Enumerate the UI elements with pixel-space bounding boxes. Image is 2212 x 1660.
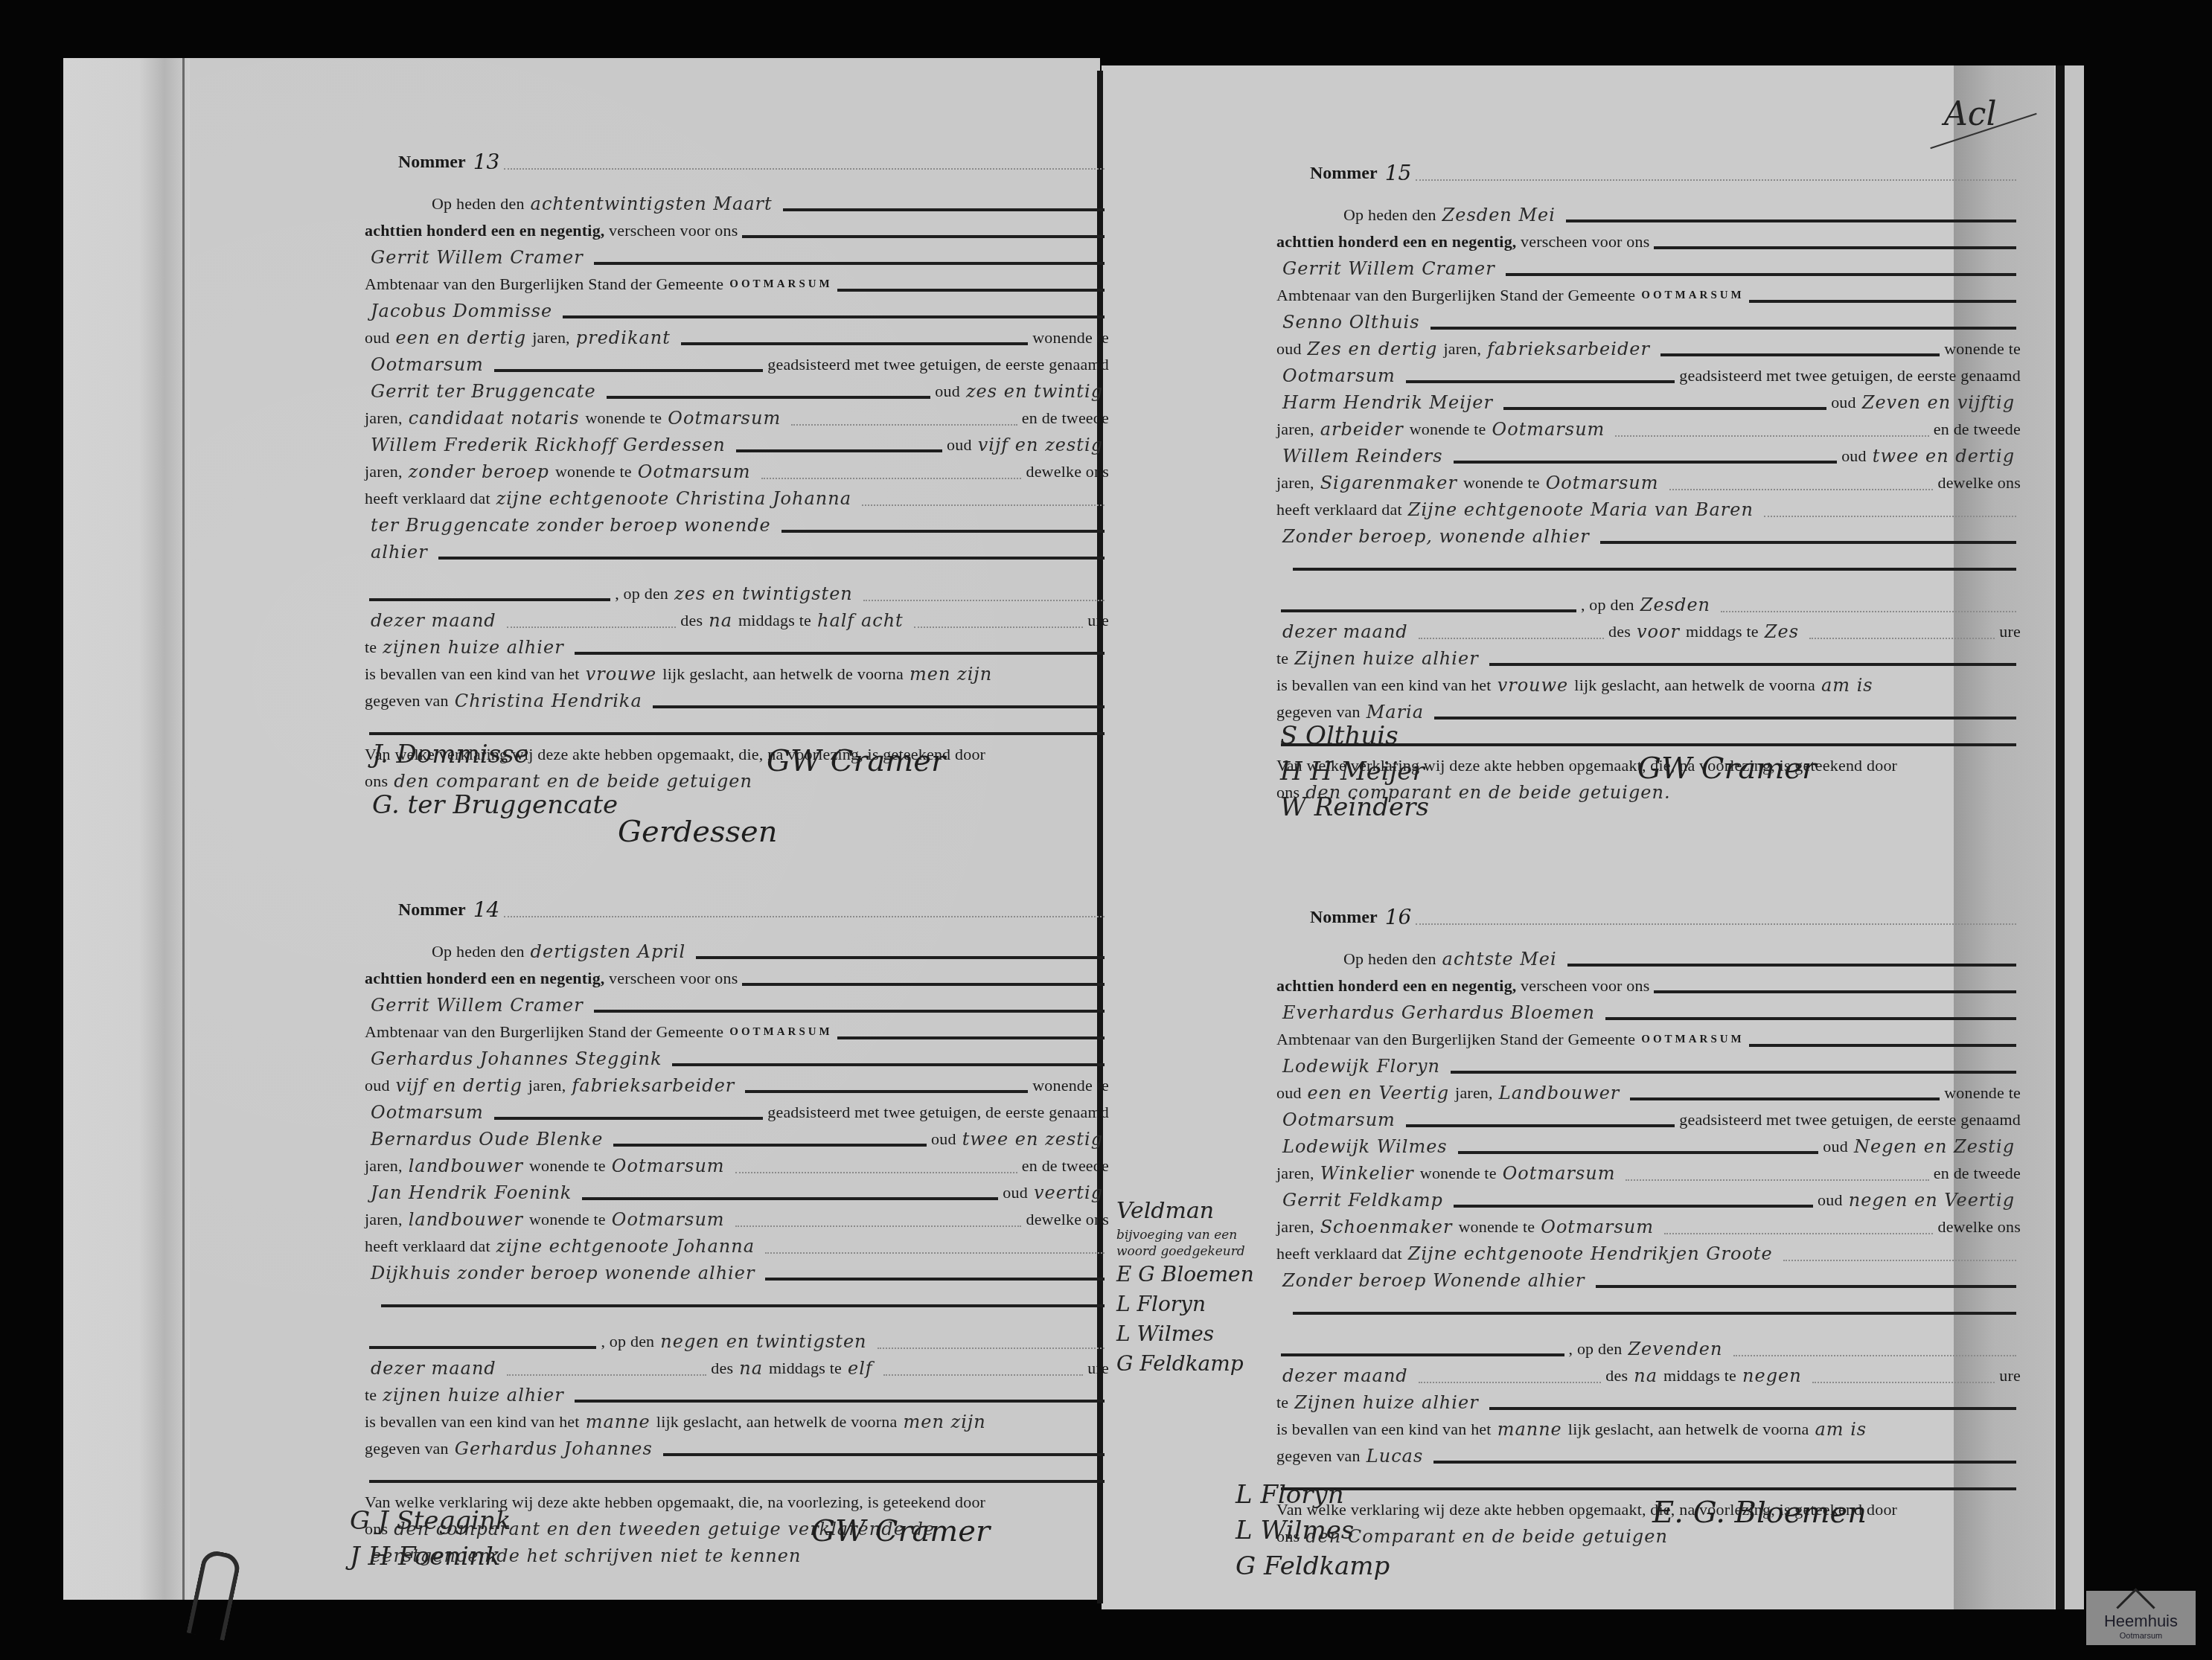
birth-month: dezer maand xyxy=(1282,1362,1408,1389)
witness2-detail-row: jaren, Sigarenmaker wonende te Ootmarsum… xyxy=(1276,470,2021,496)
fill-line xyxy=(765,1252,1105,1254)
nommer-label: Nommer xyxy=(365,149,466,176)
signature: J H Foenink xyxy=(350,1539,511,1574)
fill-line xyxy=(742,235,1105,238)
spouse-row-2: Dijkhuis zonder beroep wonende alhier xyxy=(365,1260,1109,1286)
signatures-15: S Olthuis H H Meijer W Reinders xyxy=(1280,718,1429,825)
fill-line xyxy=(1669,489,1934,490)
fill-line xyxy=(742,983,1105,986)
entry-number: 13 xyxy=(473,149,500,176)
spacer xyxy=(1276,187,2021,202)
witness1-name: Lodewijk Wilmes xyxy=(1282,1133,1448,1160)
declarant-residence-row: Ootmarsum geadsisteerd met twee getuigen… xyxy=(1276,362,2021,389)
record-date: Zesden Mei xyxy=(1442,202,1556,228)
fill-line xyxy=(761,478,1022,479)
spouse-text: Zonder beroep Wonende alhier xyxy=(1282,1267,1585,1294)
signature: G. ter Bruggencate xyxy=(372,787,618,823)
fill-line xyxy=(878,1347,1105,1349)
fill-line xyxy=(1783,1260,2016,1261)
signature: J. Dommisse xyxy=(372,737,618,772)
spouse-text: Zijne echtgenoote Maria van Baren xyxy=(1408,496,1754,523)
witness2-detail-row: jaren, zonder beroep wonende te Ootmarsu… xyxy=(365,458,1109,485)
declarant-row: Senno Olthuis xyxy=(1276,309,2021,336)
birth-place: Zijnen huize alhier xyxy=(1294,1389,1478,1416)
spouse-text: Dijkhuis zonder beroep wonende alhier xyxy=(371,1260,755,1286)
birth-day: Zesden xyxy=(1640,592,1710,618)
entry-number: 14 xyxy=(473,897,500,923)
declarant-occupation: fabrieksarbeider xyxy=(1487,336,1650,362)
signature: Gerdessen xyxy=(618,815,778,849)
fill-line xyxy=(1566,219,2016,222)
fill-line xyxy=(1419,638,1604,639)
fill-line xyxy=(1454,1205,1813,1208)
witness1-age: Negen en Zestig xyxy=(1854,1133,2015,1160)
witness1-detail-row: jaren, landbouwer wonende te Ootmarsum e… xyxy=(365,1153,1109,1179)
declarant-residence: Ootmarsum xyxy=(1282,362,1396,389)
declarant-age-row: oud Zes en dertig jaren, fabrieksarbeide… xyxy=(1276,336,2021,362)
day-part: na xyxy=(739,1355,763,1382)
spouse-row-3 xyxy=(1276,550,2021,577)
fill-line xyxy=(563,315,1105,318)
witness2-row: Willem Reinders oud twee en dertig xyxy=(1276,443,2021,470)
margin-name: Veldman xyxy=(1116,1198,1265,1224)
entry-number: 16 xyxy=(1385,904,1412,931)
fill-line xyxy=(1458,1151,1819,1154)
witness2-name: Gerrit Feldkamp xyxy=(1282,1187,1443,1214)
witness1-residence: Ootmarsum xyxy=(1492,416,1605,443)
fill-line xyxy=(369,598,610,601)
fill-line xyxy=(1489,663,2016,666)
witness1-detail-row: jaren, candidaat notaris wonende te Ootm… xyxy=(365,405,1109,432)
declarant-residence: Ootmarsum xyxy=(371,1099,484,1126)
witness1-row: Lodewijk Wilmes oud Negen en Zestig xyxy=(1276,1133,2021,1160)
fill-line xyxy=(745,1090,1028,1093)
birth-time-row: dezer maand des voor middags te Zes ure xyxy=(1276,618,2021,645)
child-sex-row: is bevallen van een kind van het vrouwe … xyxy=(365,661,1109,688)
fill-line xyxy=(1506,273,2016,276)
fill-line xyxy=(1615,435,1928,437)
spacer xyxy=(1276,1321,2021,1336)
spouse-row-2: Zonder beroep, wonende alhier xyxy=(1276,523,2021,550)
fill-line xyxy=(1434,717,2016,720)
signature: L Wilmes xyxy=(1236,1513,1390,1548)
child-sex-row: is bevallen van een kind van het manne l… xyxy=(1276,1416,2021,1443)
entry-number-row: Nommer 13 xyxy=(365,149,1109,176)
declarant-occupation: predikant xyxy=(576,324,671,351)
birth-place: Zijnen huize alhier xyxy=(1294,645,1478,672)
declarant-age-row: oud vijf en dertig jaren, fabrieksarbeid… xyxy=(365,1072,1109,1099)
fill-line xyxy=(369,1480,1105,1483)
fill-line xyxy=(1419,1382,1602,1383)
municipality: OOTMARSUM xyxy=(1641,1026,1745,1053)
witness2-name: Jan Hendrik Foenink xyxy=(371,1179,572,1206)
fill-line xyxy=(781,530,1105,533)
fill-line xyxy=(507,626,677,628)
declarant-residence: Ootmarsum xyxy=(1282,1106,1396,1133)
official-row: Gerrit Willem Cramer xyxy=(365,244,1109,271)
fill-line xyxy=(1733,1355,2017,1356)
municipality: OOTMARSUM xyxy=(729,271,833,298)
declarant-age: een en dertig xyxy=(396,324,527,351)
child-sex-row: is bevallen van een kind van het manne l… xyxy=(365,1409,1109,1435)
witness2-residence: Ootmarsum xyxy=(1546,470,1659,496)
birth-place-row: te zijnen huize alhier xyxy=(365,634,1109,661)
birth-hour: Zes xyxy=(1765,618,1799,645)
fill-line xyxy=(438,557,1105,560)
declarant-age: Zes en dertig xyxy=(1308,336,1438,362)
witness2-age: vijf en zestig xyxy=(978,432,1103,458)
witness2-residence: Ootmarsum xyxy=(638,458,751,485)
ambtenaar-row: Ambtenaar van den Burgerlijken Stand der… xyxy=(1276,282,2021,309)
official-name: Everhardus Gerhardus Bloemen xyxy=(1282,999,1595,1026)
spouse-text: ter Bruggencate zonder beroep wonende xyxy=(371,512,771,539)
birth-day-row: , op den Zesden xyxy=(1276,592,2021,618)
fill-line xyxy=(672,1063,1105,1066)
day-part: voor xyxy=(1637,618,1680,645)
child-sex: vrouwe xyxy=(586,661,657,688)
witness2-detail-row: jaren, Schoenmaker wonende te Ootmarsum … xyxy=(1276,1214,2021,1240)
ambtenaar-row: Ambtenaar van den Burgerlijken Stand der… xyxy=(1276,1026,2021,1053)
witness1-occupation: candidaat notaris xyxy=(409,405,580,432)
fill-line xyxy=(1503,407,1826,410)
fill-line xyxy=(1281,609,1576,612)
birth-time-row: dezer maand des na middags te half acht … xyxy=(365,607,1109,634)
witness1-age: twee en zestig xyxy=(962,1126,1103,1153)
fill-line xyxy=(862,504,1105,506)
birth-record-entry-13: Nommer 13 Op heden den achtentwintigsten… xyxy=(365,149,1109,821)
birth-time-row: dezer maand des na middags te negen ure xyxy=(1276,1362,2021,1389)
witness1-occupation: Winkelier xyxy=(1320,1160,1414,1187)
ambtenaar-row: Ambtenaar van den Burgerlijken Stand der… xyxy=(365,1019,1109,1045)
fill-line xyxy=(837,289,1105,292)
fill-line xyxy=(369,1346,596,1349)
fill-line xyxy=(1406,1124,1675,1127)
fill-line xyxy=(1749,300,2016,303)
fill-line xyxy=(783,208,1105,211)
spouse-row-1: heeft verklaard dat Zijne echtgenoote Ma… xyxy=(1276,496,2021,523)
fill-line xyxy=(1764,516,2016,517)
witness2-age: negen en Veertig xyxy=(1849,1187,2015,1214)
logo-place: Ootmarsum xyxy=(2086,1632,2196,1641)
declarant-name: Senno Olthuis xyxy=(1282,309,1420,336)
official-row: Gerrit Willem Cramer xyxy=(1276,255,2021,282)
fill-line xyxy=(736,449,942,452)
fill-line xyxy=(1812,1382,1995,1383)
birth-day: zes en twintigsten xyxy=(674,580,853,607)
date-row: Op heden den Zesden Mei xyxy=(1276,202,2021,228)
spacer xyxy=(1276,931,2021,946)
fill-line xyxy=(914,626,1084,628)
day-part: na xyxy=(1634,1362,1658,1389)
year-row: achttien honderd een en negentig, versch… xyxy=(1276,228,2021,255)
official-signature: GW Cramer xyxy=(811,1514,990,1548)
fill-line xyxy=(1433,1461,2016,1464)
fill-line xyxy=(681,342,1028,345)
year-row: achttien honderd een en negentig, versch… xyxy=(1276,972,2021,999)
declarant-name: Jacobus Dommisse xyxy=(371,298,552,324)
witness2-occupation: Sigarenmaker xyxy=(1320,470,1457,496)
signatures-14: G J Steggink J H Foenink xyxy=(350,1503,511,1574)
witness1-name: Gerrit ter Bruggencate xyxy=(371,378,596,405)
declarant-age-row: oud een en Veertig jaren, Landbouwer won… xyxy=(1276,1080,2021,1106)
spouse-row-1: heeft verklaard dat Zijne echtgenoote He… xyxy=(1276,1240,2021,1267)
declarant-residence: Ootmarsum xyxy=(371,351,484,378)
child-name-row: gegeven van Lucas xyxy=(1276,1443,2021,1470)
fill-line xyxy=(607,396,931,399)
fill-line xyxy=(1451,1071,2016,1074)
margin-annotation: Veldman bijvoeging van een woord goedgek… xyxy=(1116,1198,1265,1379)
birth-time-row: dezer maand des na middags te elf ure xyxy=(365,1355,1109,1382)
year-row: achttien honderd een en negentig, versch… xyxy=(365,217,1109,244)
spouse-text: Zijne echtgenoote Hendrikjen Groote xyxy=(1408,1240,1773,1267)
fill-line xyxy=(1567,964,2016,967)
fill-line xyxy=(494,369,763,372)
spouse-row-2: Zonder beroep Wonende alhier xyxy=(1276,1267,2021,1294)
entry-number-row: Nommer 16 xyxy=(1276,904,2021,931)
spacer xyxy=(365,1313,1109,1328)
date-row: Op heden den achtentwintigsten Maart xyxy=(365,190,1109,217)
record-date: achtentwintigsten Maart xyxy=(531,190,773,217)
signature: S Olthuis xyxy=(1280,718,1429,754)
fill-line xyxy=(1721,611,2016,612)
declarant-age: een en Veertig xyxy=(1308,1080,1449,1106)
fill-line xyxy=(791,424,1017,426)
fill-line xyxy=(1281,1487,2016,1490)
witness1-row: Gerrit ter Bruggencate oud zes en twinti… xyxy=(365,378,1109,405)
witness2-row: Willem Frederik Rickhoff Gerdessen oud v… xyxy=(365,432,1109,458)
fill-line xyxy=(1626,1179,1928,1181)
declarant-name: Lodewijk Floryn xyxy=(1282,1053,1440,1080)
fill-line xyxy=(504,168,1105,170)
fill-line xyxy=(735,1225,1022,1227)
fill-line xyxy=(1600,541,2016,544)
witness2-occupation: landbouwer xyxy=(409,1206,523,1233)
fill-line xyxy=(1660,353,1940,356)
spouse-row-1: heeft verklaard dat zijne echtgenoote Ch… xyxy=(365,485,1109,512)
child-name-row: gegeven van Christina Hendrika xyxy=(365,688,1109,714)
fill-line xyxy=(381,1304,1105,1307)
fill-line xyxy=(1630,1097,1940,1100)
entry-number-row: Nommer 14 xyxy=(365,897,1109,923)
spacer xyxy=(1276,577,2021,592)
witness2-occupation: Schoenmaker xyxy=(1320,1214,1453,1240)
birth-hour: negen xyxy=(1742,1362,1802,1389)
declarant-age: vijf en dertig xyxy=(396,1072,522,1099)
fill-line xyxy=(653,705,1105,708)
margin-note-text: bijvoeging van een woord goedgekeurd xyxy=(1116,1227,1265,1260)
spouse-text: Zonder beroep, wonende alhier xyxy=(1282,523,1590,550)
fill-line xyxy=(883,1374,1084,1376)
page-edge-line xyxy=(2056,65,2065,1609)
declarant-age-row: oud een en dertig jaren, predikant wonen… xyxy=(365,324,1109,351)
fill-line xyxy=(1406,380,1675,383)
witness1-age: Zeven en vijftig xyxy=(1862,389,2015,416)
page-edge-line xyxy=(182,58,185,1600)
fill-line xyxy=(1654,990,2016,993)
municipality: OOTMARSUM xyxy=(729,1019,833,1045)
fill-line xyxy=(863,600,1105,601)
birth-place: zijnen huize alhier xyxy=(383,634,563,661)
fill-line xyxy=(582,1197,998,1200)
declarant-row: Lodewijk Floryn xyxy=(1276,1053,2021,1080)
witness2-residence: Ootmarsum xyxy=(1541,1214,1654,1240)
date-row: Op heden den dertigsten April xyxy=(365,938,1109,965)
declarant-residence-row: Ootmarsum geadsisteerd met twee getuigen… xyxy=(1276,1106,2021,1133)
fill-line xyxy=(594,262,1105,265)
official-name: Gerrit Willem Cramer xyxy=(371,992,584,1019)
spouse-row-3 xyxy=(365,1286,1109,1313)
signature: W Reinders xyxy=(1280,789,1429,825)
birth-day: Zevenden xyxy=(1628,1336,1722,1362)
child-name: Christina Hendrika xyxy=(455,688,642,714)
witness1-residence: Ootmarsum xyxy=(668,405,781,432)
spacer xyxy=(365,565,1109,580)
official-name: Gerrit Willem Cramer xyxy=(1282,255,1495,282)
spouse-text: zijne echtgenoote Johanna xyxy=(496,1233,755,1260)
witness2-detail-row: jaren, landbouwer wonende te Ootmarsum d… xyxy=(365,1206,1109,1233)
spouse-row-2: ter Bruggencate zonder beroep wonende xyxy=(365,512,1109,539)
birth-day-row: , op den negen en twintigsten xyxy=(365,1328,1109,1355)
birth-place-row: te Zijnen huize alhier xyxy=(1276,1389,2021,1416)
record-date: achtste Mei xyxy=(1442,946,1557,972)
nommer-label: Nommer xyxy=(1276,160,1378,187)
child-sex: manne xyxy=(1497,1416,1562,1443)
spacer xyxy=(365,176,1109,190)
witness1-name: Bernardus Oude Blenke xyxy=(371,1126,603,1153)
year-row: achttien honderd een en negentig, versch… xyxy=(365,965,1109,992)
fill-line xyxy=(613,1144,927,1147)
birth-hour: elf xyxy=(848,1355,873,1382)
fill-line xyxy=(1293,1312,2016,1315)
child-sex-row: is bevallen van een kind van het vrouwe … xyxy=(1276,672,2021,699)
fill-line xyxy=(1454,461,1838,464)
witness1-occupation: landbouwer xyxy=(409,1153,523,1179)
witness2-occupation: zonder beroep xyxy=(409,458,549,485)
witness1-row: Bernardus Oude Blenke oud twee en zestig xyxy=(365,1126,1109,1153)
fill-line xyxy=(735,1172,1017,1173)
official-row: Everhardus Gerhardus Bloemen xyxy=(1276,999,2021,1026)
declarant-residence-row: Ootmarsum geadsisteerd met twee getuigen… xyxy=(365,351,1109,378)
witness2-row: Jan Hendrik Foenink oud veertig xyxy=(365,1179,1109,1206)
entry-number: 15 xyxy=(1385,160,1412,187)
official-name: Gerrit Willem Cramer xyxy=(371,244,584,271)
spouse-row-1: heeft verklaard dat zijne echtgenoote Jo… xyxy=(365,1233,1109,1260)
fill-line xyxy=(1431,327,2016,330)
child-name: Lucas xyxy=(1366,1443,1423,1470)
fill-line xyxy=(1416,179,2016,181)
fill-line xyxy=(1749,1044,2016,1047)
fill-line xyxy=(1605,1017,2016,1020)
fill-line xyxy=(575,1400,1105,1403)
birth-hour: half acht xyxy=(817,607,904,634)
fill-line xyxy=(494,1117,763,1120)
fill-line xyxy=(837,1036,1105,1039)
signature: G J Steggink xyxy=(350,1503,511,1539)
page-edge-strip xyxy=(2065,65,2084,1609)
witness1-detail-row: jaren, arbeider wonende te Ootmarsum en … xyxy=(1276,416,2021,443)
witness1-occupation: arbeider xyxy=(1320,416,1404,443)
witness2-name: Willem Frederik Rickhoff Gerdessen xyxy=(371,432,726,458)
official-signature: GW Cramer xyxy=(1637,752,1816,786)
witness1-detail-row: jaren, Winkelier wonende te Ootmarsum en… xyxy=(1276,1160,2021,1187)
child-sex: manne xyxy=(586,1409,651,1435)
witness2-age: veertig xyxy=(1034,1179,1103,1206)
child-sex: vrouwe xyxy=(1497,672,1569,699)
fill-line xyxy=(507,1374,707,1376)
birth-place-row: te Zijnen huize alhier xyxy=(1276,645,2021,672)
fill-line xyxy=(1596,1285,2016,1288)
official-signature: E. G. Bloemen xyxy=(1652,1496,1867,1530)
signature: L Floryn xyxy=(1236,1477,1390,1513)
fill-line xyxy=(575,652,1105,655)
signature: G Feldkamp xyxy=(1236,1548,1390,1584)
day-part: na xyxy=(709,607,732,634)
declarant-row: Jacobus Dommisse xyxy=(365,298,1109,324)
date-row: Op heden den achtste Mei xyxy=(1276,946,2021,972)
page-edge-shadow xyxy=(63,58,190,1600)
declarant-occupation: Landbouwer xyxy=(1499,1080,1620,1106)
ambtenaar-row: Ambtenaar van den Burgerlijken Stand der… xyxy=(365,271,1109,298)
birth-place: zijnen huize alhier xyxy=(383,1382,563,1409)
record-date: dertigsten April xyxy=(531,938,686,965)
declarant-row: Gerhardus Johannes Steggink xyxy=(365,1045,1109,1072)
signatures-13: J. Dommisse G. ter Bruggencate xyxy=(372,737,618,823)
birth-month: dezer maand xyxy=(1282,618,1408,645)
official-row: Gerrit Willem Cramer xyxy=(365,992,1109,1019)
spouse-row-3: alhier xyxy=(365,539,1109,565)
fill-line xyxy=(1809,638,1995,639)
signature: H H Meijer xyxy=(1280,754,1429,789)
entry-number-row: Nommer 15 xyxy=(1276,160,2021,187)
child-name-row: gegeven van Gerhardus Johannes xyxy=(365,1435,1109,1462)
witness1-name: Harm Hendrik Meijer xyxy=(1282,389,1493,416)
birth-month: dezer maand xyxy=(371,1355,496,1382)
declarant-residence-row: Ootmarsum geadsisteerd met twee getuigen… xyxy=(365,1099,1109,1126)
spacer xyxy=(365,923,1109,938)
declarant-occupation: fabrieksarbeider xyxy=(572,1072,735,1099)
official-signature: GW Cramer xyxy=(767,744,945,778)
fill-line xyxy=(1489,1407,2016,1410)
fill-line xyxy=(1416,923,2016,925)
witness2-name: Willem Reinders xyxy=(1282,443,1443,470)
birth-record-entry-14: Nommer 14 Op heden den dertigsten April … xyxy=(365,897,1109,1569)
signatures-16: L Floryn L Wilmes G Feldkamp xyxy=(1236,1477,1390,1584)
fill-line xyxy=(765,1278,1105,1281)
witness1-residence: Ootmarsum xyxy=(612,1153,725,1179)
nommer-label: Nommer xyxy=(1276,904,1378,931)
fill-line xyxy=(369,732,1105,735)
fill-line xyxy=(1293,568,2016,571)
corner-annotation: Acl xyxy=(1944,95,1997,133)
witness2-row: Gerrit Feldkamp oud negen en Veertig xyxy=(1276,1187,2021,1214)
witness1-age: zes en twintig xyxy=(966,378,1103,405)
spouse-row-3 xyxy=(1276,1294,2021,1321)
declarant-name: Gerhardus Johannes Steggink xyxy=(371,1045,662,1072)
spouse-text: zijne echtgenoote Christina Johanna xyxy=(496,485,851,512)
fill-line xyxy=(1281,1353,1564,1356)
fill-line xyxy=(504,916,1105,917)
fill-line xyxy=(594,1010,1105,1013)
birth-place-row: te zijnen huize alhier xyxy=(365,1382,1109,1409)
municipality: OOTMARSUM xyxy=(1641,282,1745,309)
witness2-age: twee en dertig xyxy=(1873,443,2015,470)
fill-line xyxy=(663,1453,1105,1456)
child-name: Gerhardus Johannes xyxy=(455,1435,653,1462)
logo-brand: Heemhuis xyxy=(2086,1612,2196,1631)
birth-month: dezer maand xyxy=(371,607,496,634)
fill-line xyxy=(1654,246,2016,249)
birth-day-row: , op den Zevenden xyxy=(1276,1336,2021,1362)
